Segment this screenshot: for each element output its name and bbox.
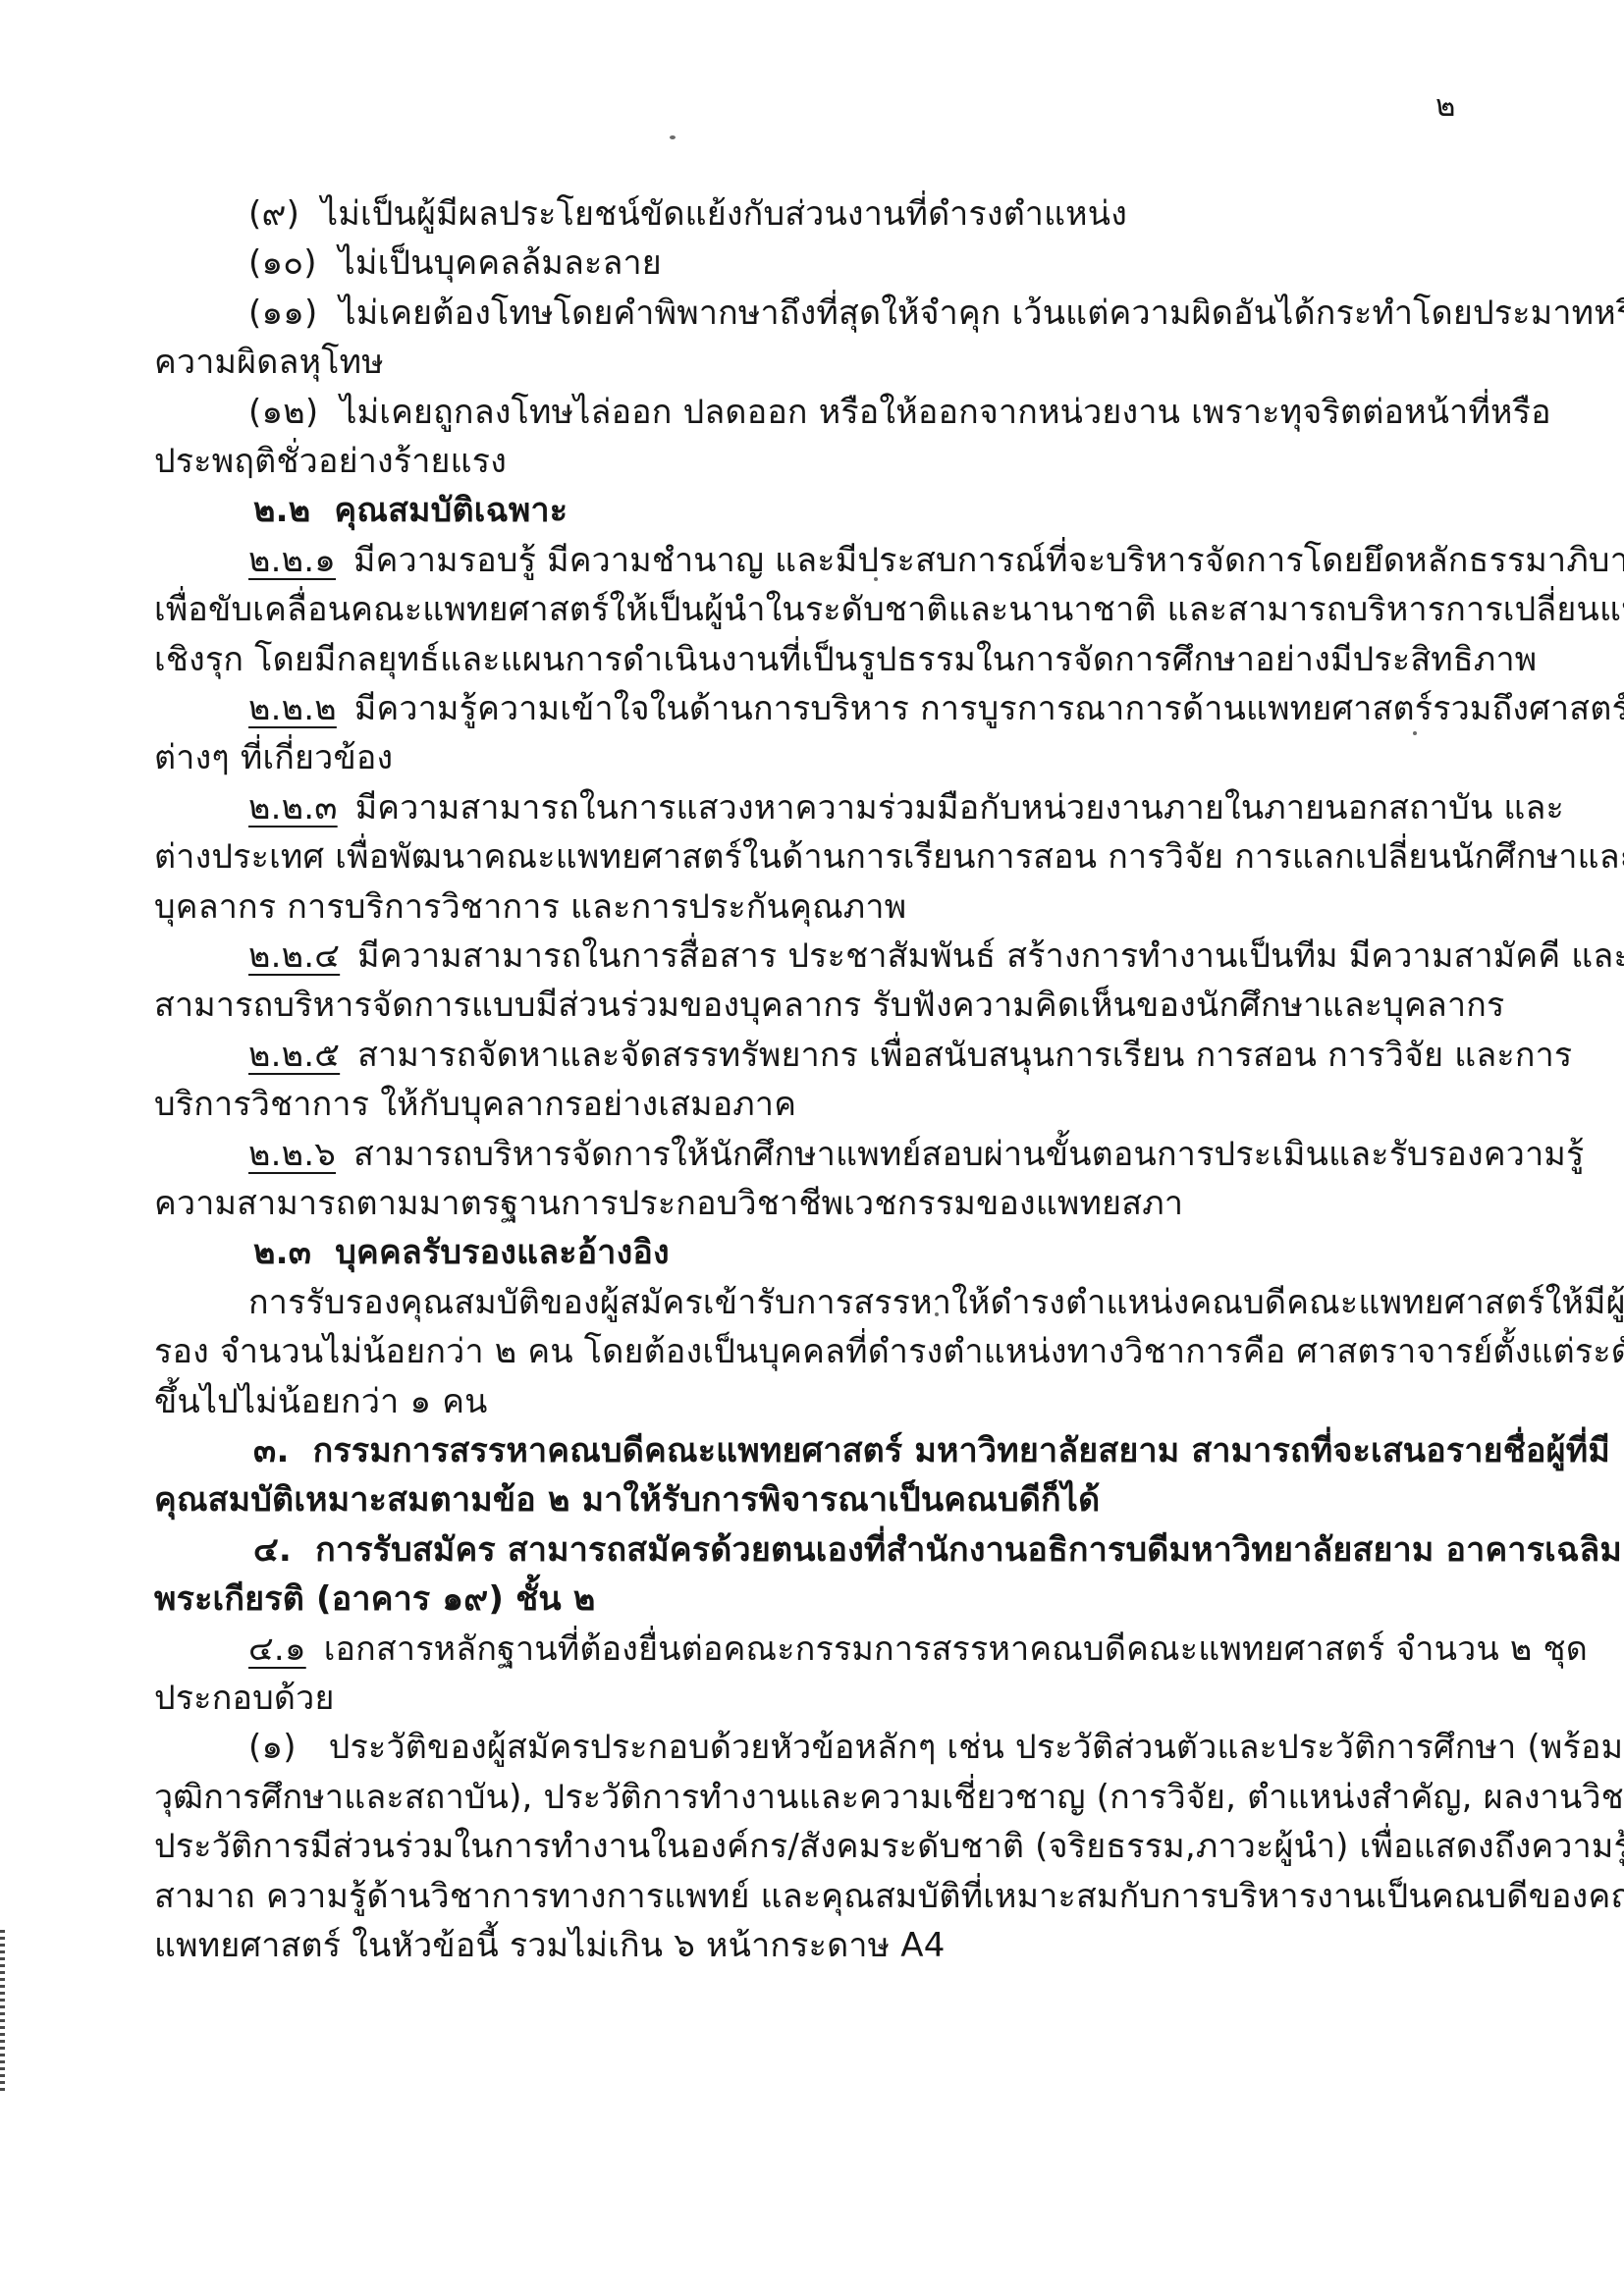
clause-text: สามารถจัดหาและจัดสรรทรัพยากร เพื่อสนับสน… — [357, 1036, 1572, 1075]
clause-number: ๒.๒.๖ — [248, 1135, 336, 1174]
clause-number: ๒.๒.๒ — [248, 689, 337, 728]
text-line: ๒.๒.๖สามารถบริหารจัดการให้นักศึกษาแพทย์ส… — [248, 1130, 1584, 1179]
text-line: ๒.๒.๑มีความรอบรู้ มีความชำนาญ และมีประสบ… — [248, 536, 1624, 585]
text-line: สามารถบริหารจัดการแบบมีส่วนร่วมของบุคลาก… — [154, 981, 1505, 1030]
text-line: ๒.๓ บุคคลรับรองและอ้างอิง — [253, 1228, 670, 1277]
clause-number: ๒.๒.๓ — [248, 788, 338, 828]
text-line: พระเกียรติ (อาคาร ๑๙) ชั้น ๒ — [154, 1575, 595, 1624]
clause-text: สามารถบริหารจัดการให้นักศึกษาแพทย์สอบผ่า… — [353, 1135, 1584, 1174]
clause-text: มีความรู้ความเข้าใจในด้านการบริหาร การบู… — [354, 689, 1624, 728]
text-line: ๒.๒.๓มีความสามารถในการแสวงหาความร่วมมือก… — [248, 783, 1564, 832]
scan-speck — [935, 1312, 939, 1316]
clause-number: ๒.๒.๑ — [248, 541, 336, 580]
text-line: (๑) ประวัติของผู้สมัครประกอบด้วยหัวข้อหล… — [248, 1723, 1623, 1772]
scan-speck — [1413, 731, 1417, 735]
text-line: ต่างๆ ที่เกี่ยวข้อง — [154, 733, 393, 782]
text-line: ๒.๒ คุณสมบัติเฉพาะ — [253, 486, 568, 535]
scan-speck — [670, 135, 676, 139]
text-line: ๒.๒.๔มีความสามารถในการสื่อสาร ประชาสัมพั… — [248, 932, 1624, 981]
document-body: (๙) ไม่เป็นผู้มีผลประโยชน์ขัดแย้งกับส่วน… — [0, 0, 1624, 2296]
text-line: คุณสมบัติเหมาะสมตามข้อ ๒ มาให้รับการพิจา… — [154, 1475, 1100, 1524]
scan-artifact-strip — [0, 1930, 5, 2093]
text-line: ๓. กรรมการสรรหาคณบดีคณะแพทยศาสตร์ มหาวิท… — [253, 1426, 1610, 1475]
text-line: บริการวิชาการ ให้กับบุคลากรอย่างเสมอภาค — [154, 1080, 796, 1129]
text-line: สามาถ ความรู้ด้านวิชาการทางการแพทย์ และค… — [154, 1872, 1624, 1921]
document-page: ๒ (๙) ไม่เป็นผู้มีผลประโยชน์ขัดแย้งกับส่… — [0, 0, 1624, 2296]
text-line: (๑๐) ไม่เป็นบุคคลล้มละลาย — [248, 239, 662, 288]
clause-text: มีความสามารถในการแสวงหาความร่วมมือกับหน่… — [355, 788, 1564, 828]
text-line: เชิงรุก โดยมีกลยุทธ์และแผนการดำเนินงานที… — [154, 635, 1537, 684]
text-line: การรับรองคุณสมบัติของผู้สมัครเข้ารับการส… — [248, 1278, 1624, 1327]
text-line: รอง จำนวนไม่น้อยกว่า ๒ คน โดยต้องเป็นบุค… — [154, 1327, 1624, 1376]
text-line: วุฒิการศึกษาและสถาบัน), ประวัติการทำงานแ… — [154, 1773, 1624, 1822]
text-line: (๙) ไม่เป็นผู้มีผลประโยชน์ขัดแย้งกับส่วน… — [248, 189, 1127, 239]
clause-number: ๔.๑ — [248, 1629, 306, 1669]
text-line: ขึ้นไปไม่น้อยกว่า ๑ คน — [154, 1377, 488, 1426]
text-line: เพื่อขับเคลื่อนคณะแพทยศาสตร์ให้เป็นผู้นำ… — [154, 585, 1624, 634]
clause-text: มีความสามารถในการสื่อสาร ประชาสัมพันธ์ ส… — [357, 936, 1624, 976]
text-line: ประวัติการมีส่วนร่วมในการทำงานในองค์กร/ส… — [154, 1822, 1624, 1871]
text-line: (๑๒) ไม่เคยถูกลงโทษไล่ออก ปลดออก หรือให้… — [248, 388, 1551, 437]
text-line: ๒.๒.๕สามารถจัดหาและจัดสรรทรัพยากร เพื่อส… — [248, 1031, 1572, 1080]
clause-number: ๒.๒.๔ — [248, 936, 340, 976]
clause-text: มีความรอบรู้ มีความชำนาญ และมีประสบการณ์… — [353, 541, 1624, 580]
text-line: ประกอบด้วย — [154, 1674, 335, 1723]
text-line: บุคลากร การบริการวิชาการ และการประกันคุณ… — [154, 882, 906, 932]
text-line: ความผิดลหุโทษ — [154, 338, 384, 387]
text-line: ๒.๒.๒มีความรู้ความเข้าใจในด้านการบริหาร … — [248, 684, 1624, 733]
text-line: ต่างประเทศ เพื่อพัฒนาคณะแพทยศาสตร์ในด้าน… — [154, 832, 1624, 881]
text-line: (๑๑) ไม่เคยต้องโทษโดยคำพิพากษาถึงที่สุดใ… — [248, 289, 1624, 338]
clause-number: ๒.๒.๕ — [248, 1036, 340, 1075]
text-line: แพทยศาสตร์ ในหัวข้อนี้ รวมไม่เกิน ๖ หน้า… — [154, 1921, 946, 1970]
text-line: ประพฤติชั่วอย่างร้ายแรง — [154, 437, 507, 486]
text-line: ความสามารถตามมาตรฐานการประกอบวิชาชีพเวชก… — [154, 1179, 1183, 1228]
text-line: ๔. การรับสมัคร สามารถสมัครด้วยตนเองที่สำ… — [253, 1525, 1622, 1575]
text-line: ๔.๑เอกสารหลักฐานที่ต้องยื่นต่อคณะกรรมการ… — [248, 1625, 1588, 1674]
clause-text: เอกสารหลักฐานที่ต้องยื่นต่อคณะกรรมการสรร… — [324, 1629, 1588, 1669]
scan-speck — [874, 577, 878, 581]
